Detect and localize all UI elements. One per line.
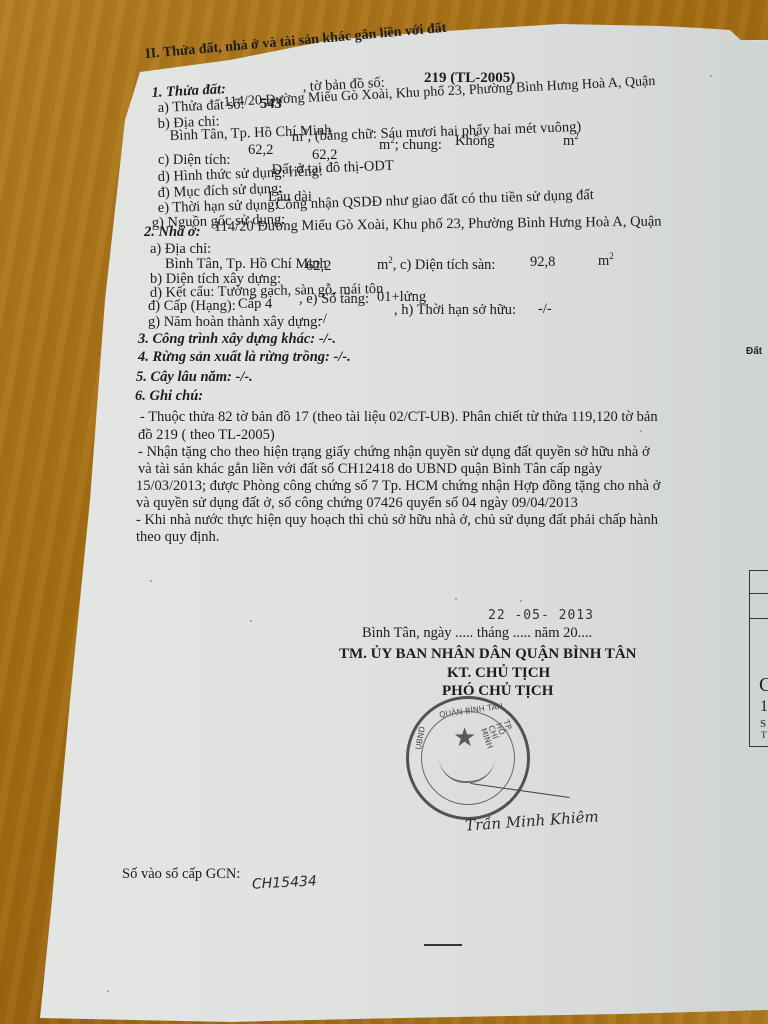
note-line: và tài sản khác gắn liền với đất số CH12… bbox=[138, 462, 602, 477]
section-title: II. Thửa đất, nhà ở và tài sản khác gắn … bbox=[145, 22, 447, 62]
adjacent-glyph: 1 bbox=[760, 699, 768, 715]
land-area-value: 62,2 bbox=[248, 143, 273, 158]
origin-value: Công nhận QSDĐ như giao đất có thu tiền … bbox=[276, 188, 594, 212]
built-area-value: 62,2 bbox=[306, 259, 331, 274]
place-date-line: Bình Tân, ngày ..... tháng ..... năm 20.… bbox=[362, 626, 592, 641]
house-address-line2: Bình Tân, Tp. Hồ Chí Minh bbox=[165, 257, 327, 272]
floor-area: m2, c) Diện tích sàn: bbox=[377, 256, 495, 273]
note-line: 15/03/2013; được Phòng công chứng số 7 T… bbox=[136, 479, 660, 494]
seal-text-right: TP. HỒ CHÍ MINH bbox=[479, 719, 516, 750]
floor-area-value: 92,8 bbox=[530, 255, 555, 270]
ownership-term-value: -/- bbox=[538, 302, 552, 317]
note-line: - Thuộc thửa 82 tờ bản đồ 17 (theo tài l… bbox=[140, 410, 658, 425]
paper-speck bbox=[710, 75, 712, 77]
built-area-unit: m bbox=[377, 257, 388, 273]
registry-label: Số vào sổ cấp GCN: bbox=[122, 867, 240, 882]
shared-usage-value: Không bbox=[455, 134, 494, 149]
pen-mark bbox=[424, 944, 462, 946]
paper-speck bbox=[520, 600, 522, 602]
adjacent-glyph: C bbox=[759, 675, 768, 695]
paper-speck bbox=[745, 1010, 747, 1012]
national-emblem-icon bbox=[439, 757, 495, 783]
ownership-term-label: , h) Thời hạn sở hữu: bbox=[394, 303, 516, 318]
other-construction: 3. Công trình xây dựng khác: -/-. bbox=[138, 332, 336, 347]
note-line: và quyền sử dụng đất ở, số công chứng 07… bbox=[136, 496, 578, 511]
paper-speck bbox=[455, 598, 457, 600]
table-rule bbox=[750, 593, 768, 594]
note-line: theo quy định. bbox=[136, 530, 219, 545]
seal-text-top: QUẬN BÌNH TÂN bbox=[439, 703, 504, 720]
grade-label: đ) Cấp (Hạng): bbox=[148, 299, 236, 314]
stamped-date: 22 -05- 2013 bbox=[488, 609, 594, 622]
shared-unit: m bbox=[379, 137, 390, 153]
notes-heading: 6. Ghi chú: bbox=[135, 389, 203, 404]
paper-speck bbox=[250, 620, 252, 622]
adjacent-glyph: S bbox=[760, 719, 766, 730]
paper-speck bbox=[107, 990, 109, 992]
production-forest: 4. Rừng sản xuất là rừng trồng: -/-. bbox=[138, 350, 351, 365]
floor-area-label: , c) Diện tích sàn: bbox=[393, 257, 496, 273]
land-area-label: c) Diện tích: bbox=[158, 153, 230, 168]
square-superscript: 2 bbox=[574, 131, 579, 141]
area-unit: m bbox=[291, 129, 303, 145]
note-line: - Khi nhà nước thực hiện quy hoạch thì c… bbox=[136, 513, 658, 528]
issuing-authority: TM. ỦY BAN NHÂN DÂN QUẬN BÌNH TÂN bbox=[339, 647, 637, 662]
house-address-label: a) Địa chỉ: bbox=[150, 242, 211, 257]
official-seal: QUẬN BÌNH TÂN UBND TP. HỒ CHÍ MINH ★ bbox=[406, 696, 530, 820]
table-rule bbox=[750, 618, 768, 619]
shared-usage: m2; chung: bbox=[379, 136, 442, 153]
note-line: - Nhận tặng cho theo hiện trạng giấy chứ… bbox=[138, 445, 650, 460]
note-line: đồ 219 ( theo TL-2005) bbox=[138, 428, 275, 443]
on-behalf-of: KT. CHỦ TỊCH bbox=[447, 666, 550, 681]
grade-value: Cấp 4 bbox=[238, 297, 272, 312]
shared-usage-unit: m2 bbox=[563, 132, 579, 149]
completion-label: g) Năm hoàn thành xây dựng: bbox=[148, 315, 321, 330]
square-superscript: 2 bbox=[609, 251, 614, 261]
completion-value: -/ bbox=[318, 312, 327, 327]
floor-area-unit: m2 bbox=[598, 252, 614, 269]
floors-label: , e) Số tầng: bbox=[299, 292, 369, 307]
certificate-content: II. Thửa đất, nhà ở và tài sản khác gắn … bbox=[0, 0, 768, 1024]
paper-speck bbox=[640, 430, 642, 432]
perennial-trees: 5. Cây lâu năm: -/-. bbox=[136, 370, 253, 385]
paper-speck bbox=[150, 580, 152, 582]
house-address-line1: 114/20 Đường Miếu Gò Xoài, Khu phố 23, P… bbox=[214, 215, 662, 235]
adjacent-glyph: T bbox=[761, 731, 767, 740]
seal-text-left: UBND bbox=[415, 726, 427, 751]
adjacent-page-table: C 1 S T bbox=[749, 570, 768, 747]
registry-number: CH15434 bbox=[252, 874, 317, 891]
adjacent-page-label: Đất bbox=[746, 347, 762, 357]
area-words-text: , (bằng chữ: Sáu mươi hai phẩy hai mét v… bbox=[307, 119, 581, 145]
house-heading: 2. Nhà ở: bbox=[144, 225, 201, 240]
purpose-value: Đất ở tại đô thị-ODT bbox=[271, 159, 393, 178]
shared-usage-label: ; chung: bbox=[395, 137, 442, 153]
star-emblem-icon: ★ bbox=[453, 725, 476, 751]
